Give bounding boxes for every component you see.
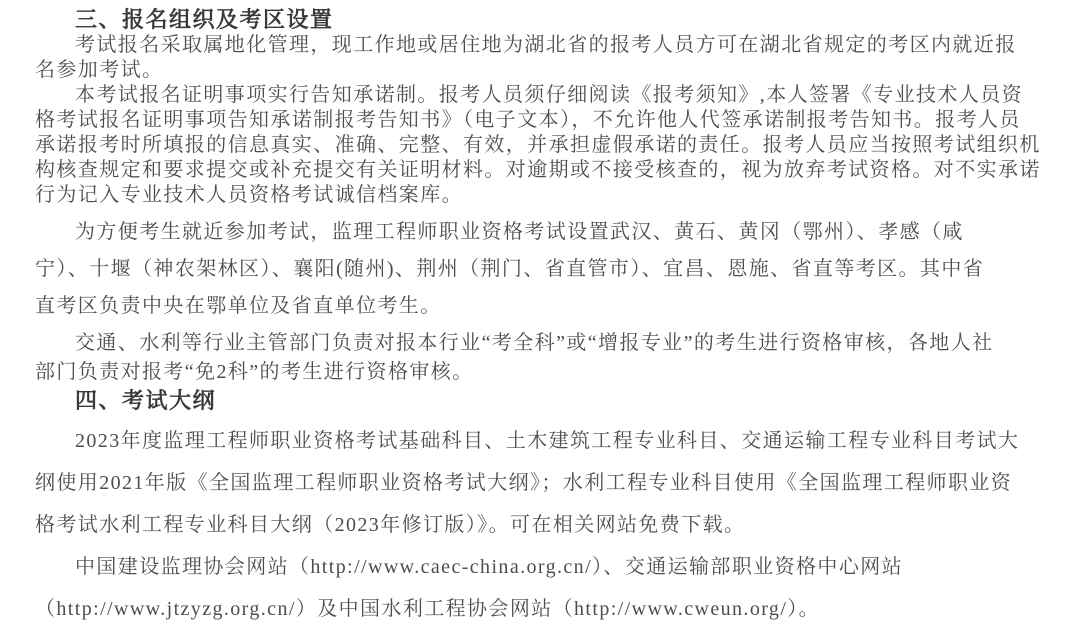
text-line: 考试报名采取属地化管理，现工作地或居住地为湖北省的报考人员方可在湖北省规定的考区… — [35, 33, 1043, 58]
text-line: 直考区负责中央在鄂单位及省直单位考生。 — [35, 288, 1043, 325]
text-line: 部门负责对报考“免2科”的考生进行资格审核。 — [35, 358, 1043, 387]
text-line: （http://www.jtzyzg.org.cn/）及中国水利工程协会网站（h… — [35, 588, 1043, 630]
text-line: 宁）、十堰（神农架林区）、襄阳(随州)、荆州（荆门、省直管市）、宜昌、恩施、省直… — [35, 251, 1043, 288]
text-line: 行为记入专业技术人员资格考试诚信档案库。 — [35, 183, 1043, 208]
text-line: 名参加考试。 — [35, 58, 1043, 83]
paragraph-territorial-management: 考试报名采取属地化管理，现工作地或居住地为湖北省的报考人员方可在湖北省规定的考区… — [35, 33, 1043, 83]
text-line: 交通、水利等行业主管部门负责对报本行业“考全科”或“增报专业”的考生进行资格审核… — [35, 329, 1043, 358]
text-line: 格考试报名证明事项告知承诺制报考告知书》（电子文本），不允许他人代签承诺制报考告… — [35, 108, 1043, 133]
section-heading-registration-organization: 三、报名组织及考区设置 — [35, 6, 1043, 33]
paragraph-syllabus-versions: 2023年度监理工程师职业资格考试基础科目、土木建筑工程专业科目、交通运输工程专… — [35, 420, 1043, 546]
paragraph-qualification-review: 交通、水利等行业主管部门负责对报本行业“考全科”或“增报专业”的考生进行资格审核… — [35, 329, 1043, 387]
text-line: 构核查规定和要求提交或补充提交有关证明材料。对逾期或不接受核查的，视为放弃考试资… — [35, 158, 1043, 183]
document-page: 三、报名组织及考区设置考试报名采取属地化管理，现工作地或居住地为湖北省的报考人员… — [0, 0, 1073, 630]
section-heading-exam-syllabus: 四、考试大纲 — [35, 387, 1043, 414]
paragraph-notification-commitment: 本考试报名证明事项实行告知承诺制。报考人员须仔细阅读《报考须知》,本人签署《专业… — [35, 83, 1043, 208]
text-line: 中国建设监理协会网站（http://www.caec-china.org.cn/… — [35, 546, 1043, 588]
text-line: 纲使用2021年版《全国监理工程师职业资格考试大纲》；水利工程专业科目使用《全国… — [35, 462, 1043, 504]
text-line: 格考试水利工程专业科目大纲（2023年修订版）》。可在相关网站免费下载。 — [35, 504, 1043, 546]
text-line: 2023年度监理工程师职业资格考试基础科目、土木建筑工程专业科目、交通运输工程专… — [35, 420, 1043, 462]
text-line: 为方便考生就近参加考试，监理工程师职业资格考试设置武汉、黄石、黄冈（鄂州）、孝感… — [35, 214, 1043, 251]
text-line: 承诺报考时所填报的信息真实、准确、完整、有效，并承担虚假承诺的责任。报考人员应当… — [35, 133, 1043, 158]
paragraph-exam-districts: 为方便考生就近参加考试，监理工程师职业资格考试设置武汉、黄石、黄冈（鄂州）、孝感… — [35, 214, 1043, 325]
paragraph-download-websites: 中国建设监理协会网站（http://www.caec-china.org.cn/… — [35, 546, 1043, 630]
text-line: 本考试报名证明事项实行告知承诺制。报考人员须仔细阅读《报考须知》,本人签署《专业… — [35, 83, 1043, 108]
